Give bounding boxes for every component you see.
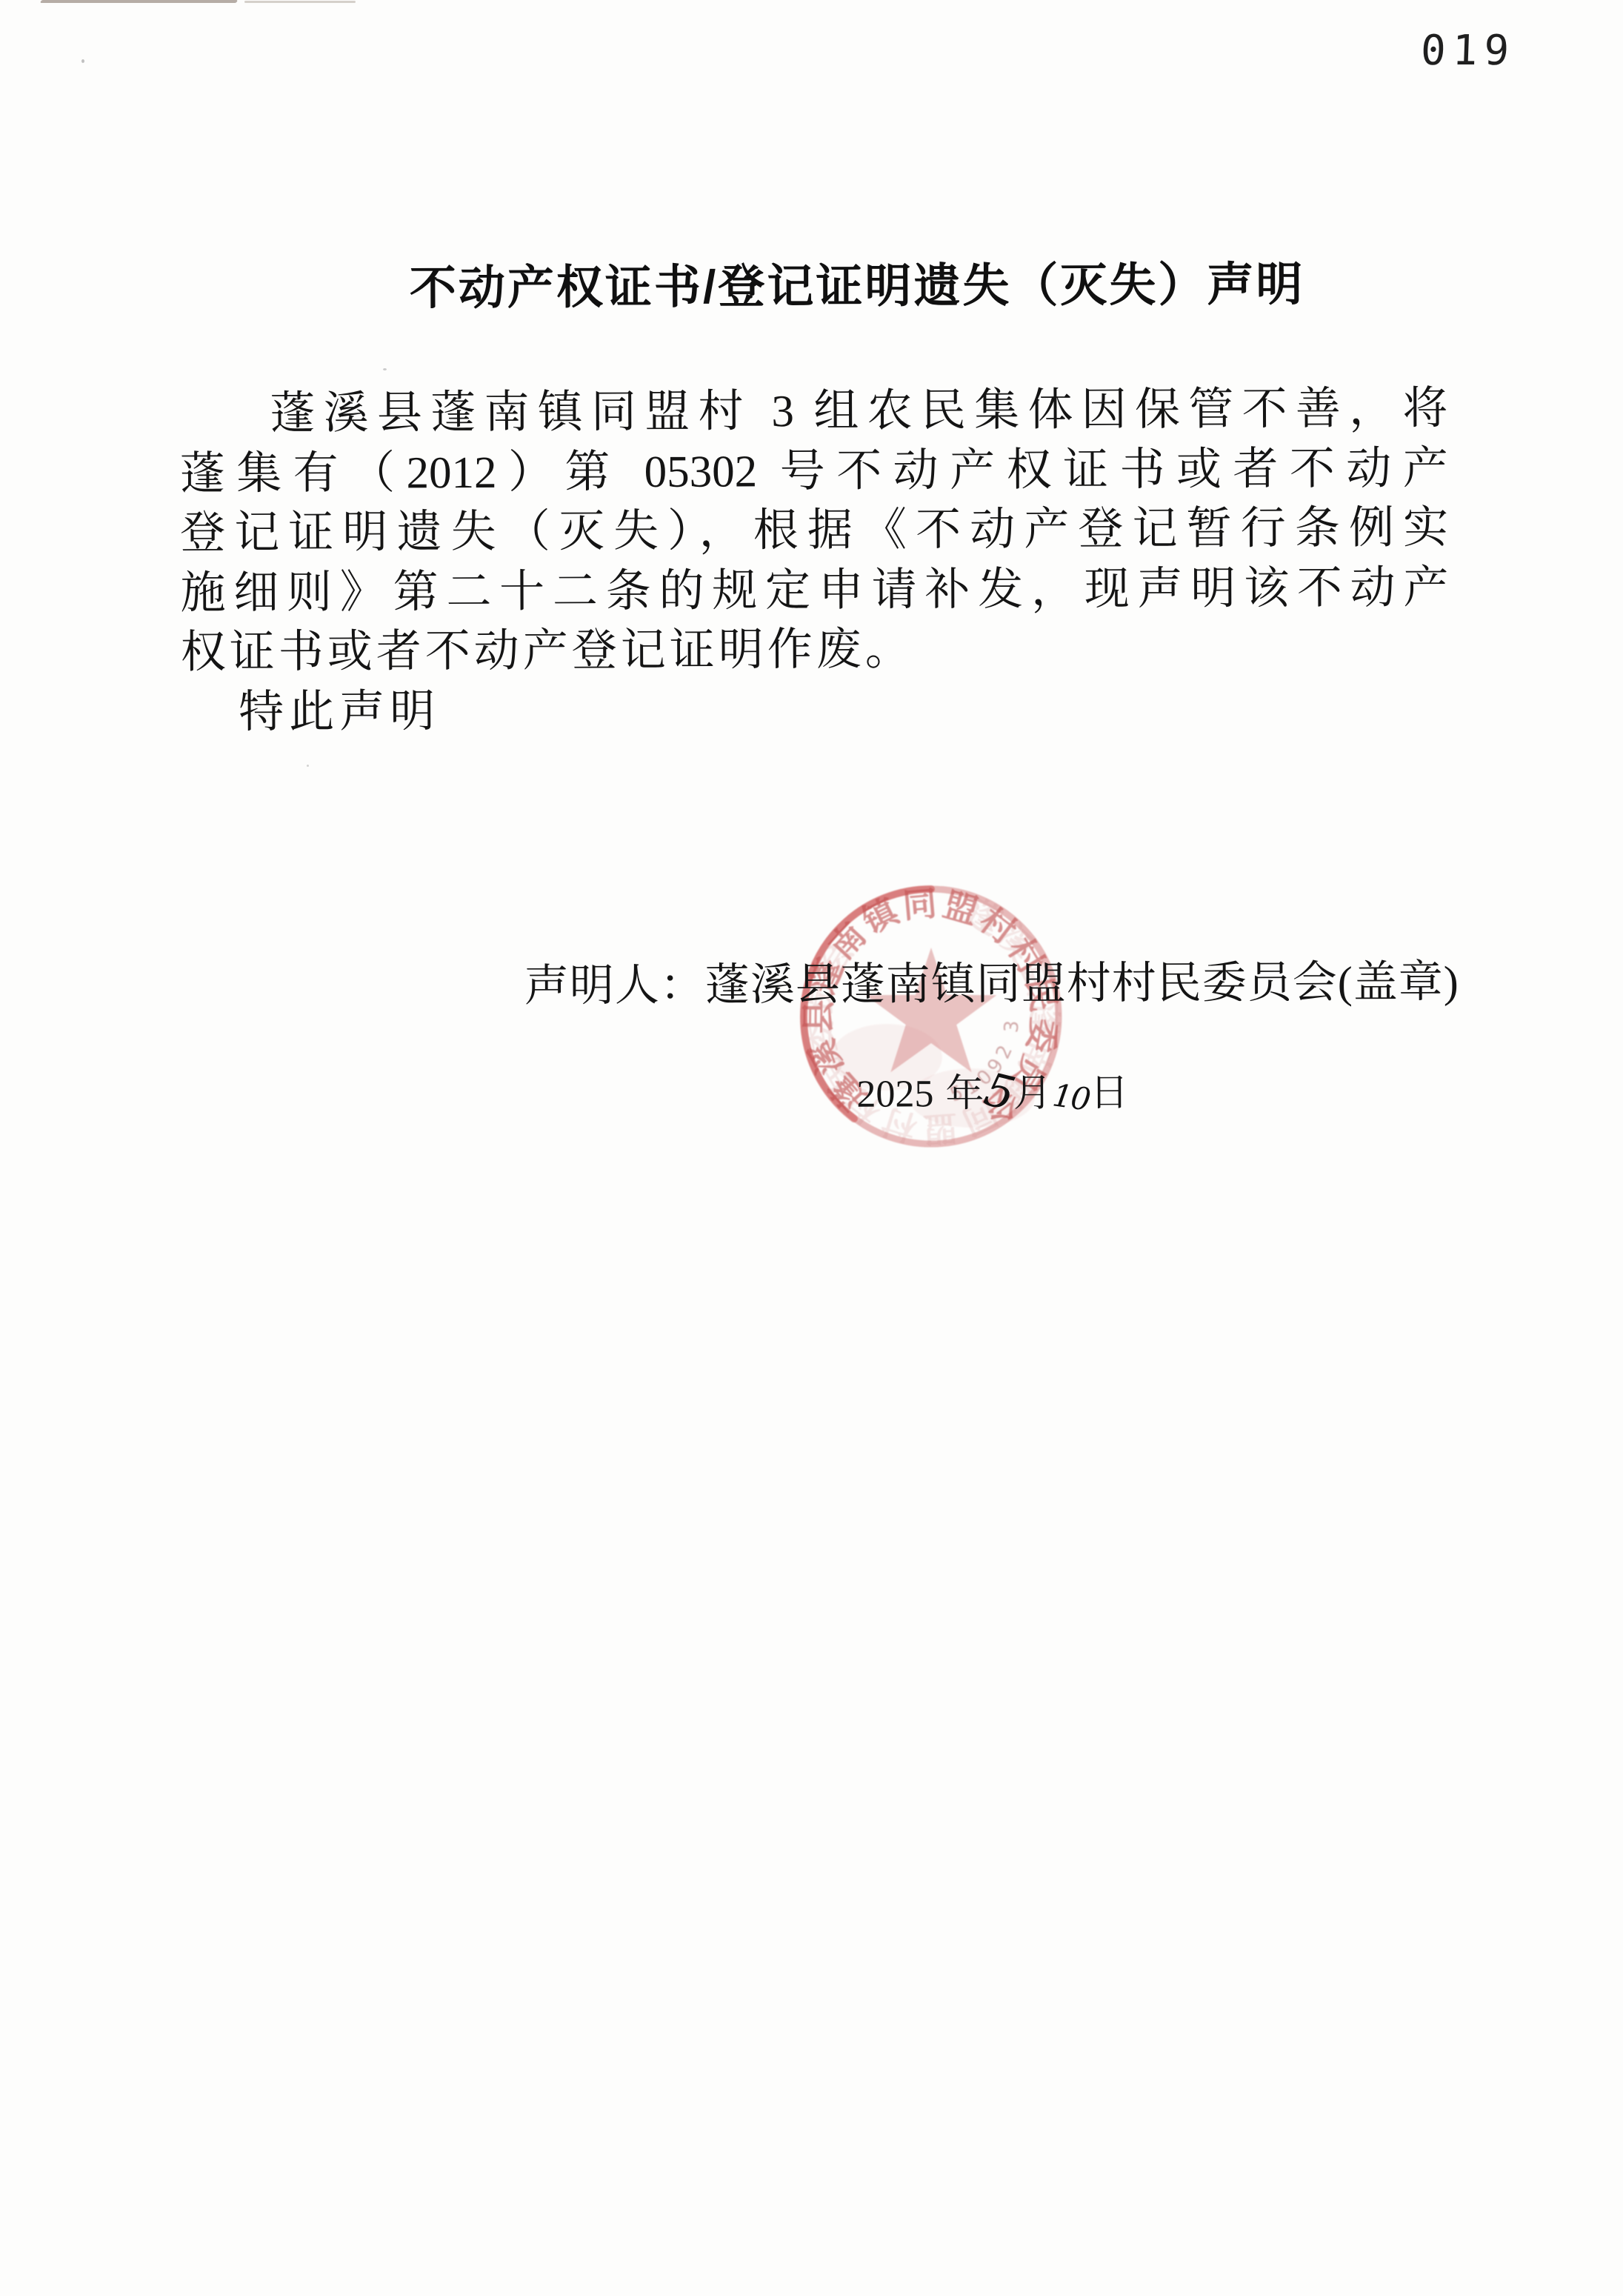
- scanned-document-page: 019 蓬溪县蓬南镇同盟村村民委员会 蓬溪县蓬南镇同盟村村民委员会 51092 …: [0, 0, 1623, 2296]
- body-line: 登记证明遗失（灭失），根据《不动产登记暂行条例实: [180, 499, 1448, 564]
- document-title: 不动产权证书/登记证明遗失（灭失）声明: [90, 245, 1623, 319]
- body-line: 权证书或者不动产登记证明作废。: [181, 618, 1449, 683]
- date-line: 2025 年5月10日: [856, 1061, 1128, 1118]
- body-line-closing: 特此声明: [181, 678, 1449, 743]
- document-content: 不动产权证书/登记证明遗失（灭失）声明 蓬溪县蓬南镇同盟村 3 组农民集体因保管…: [0, 0, 1623, 2296]
- document-body: 蓬溪县蓬南镇同盟村 3 组农民集体因保管不善，将 蓬集有（2012）第 0530…: [179, 379, 1449, 742]
- body-line: 蓬集有（2012）第 05302 号不动产权证书或者不动产: [180, 439, 1448, 505]
- body-line: 施细则》第二十二条的规定申请补发，现声明该不动产: [180, 559, 1448, 624]
- date-month-unit: 月: [1013, 1073, 1052, 1115]
- date-year-unit: 年: [945, 1073, 984, 1115]
- date-day-unit: 日: [1090, 1072, 1128, 1114]
- signature-line: 声明人：蓬溪县蓬南镇同盟村村民委员会(盖章): [524, 946, 1459, 1014]
- body-line: 蓬溪县蓬南镇同盟村 3 组农民集体因保管不善，将: [179, 379, 1447, 445]
- date-year: 2025: [856, 1073, 933, 1115]
- handwritten-day: 10: [1051, 1079, 1092, 1115]
